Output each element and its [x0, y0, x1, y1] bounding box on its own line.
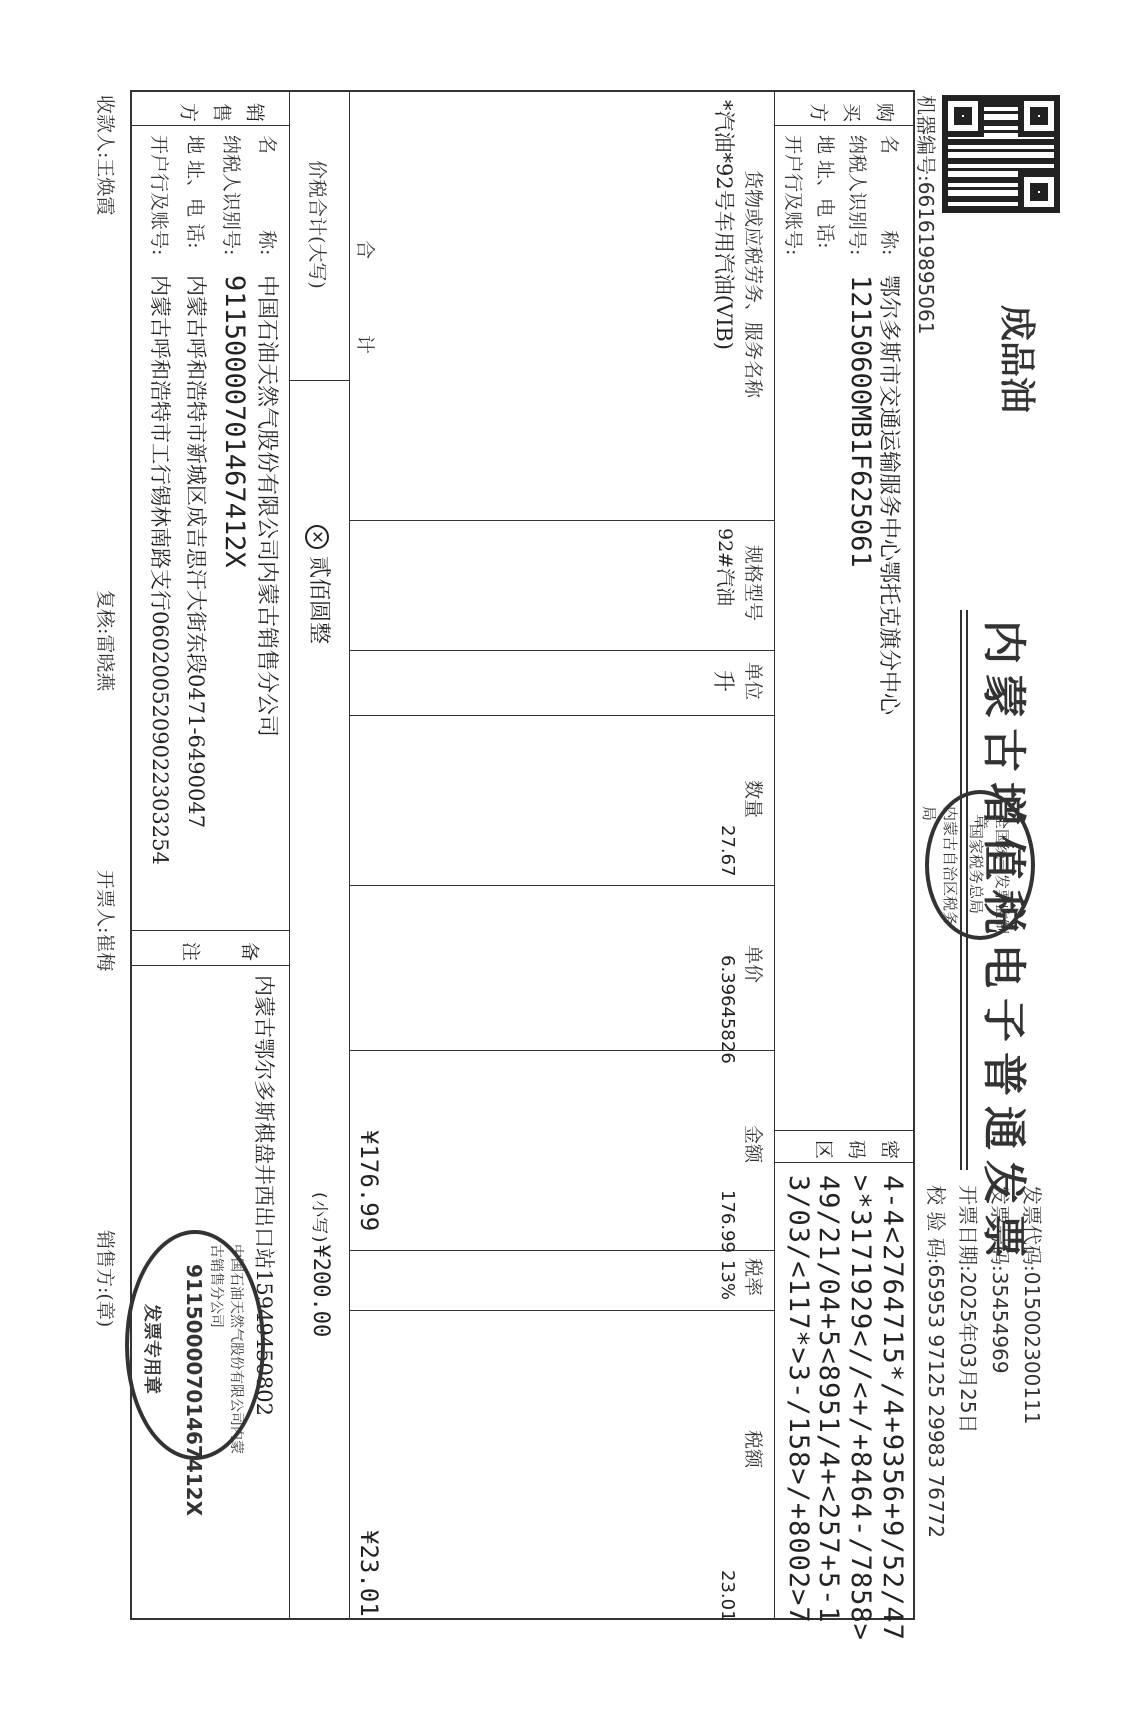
cipher-side-label: 密码区	[801, 1135, 900, 1162]
issue-date: 开票日期:2025年03月25日	[955, 1185, 984, 1434]
seller-bank: 内蒙古呼和浩特市工行锡林南路支行0602005209022303254	[146, 275, 176, 865]
divider	[350, 715, 775, 716]
cipher-line: 4-4<2764715*/4+9356+9/52/47	[877, 1175, 908, 1641]
reviewer: 复核:雷晓燕	[93, 590, 120, 691]
buyer-tax-id-label: 纳税人识别号:	[845, 135, 872, 255]
divider	[775, 125, 915, 126]
divider	[350, 885, 775, 886]
item-tax-rate: 13%	[717, 1260, 738, 1300]
col-header-amount: 金额	[741, 1125, 768, 1163]
buyer-side-label: 购买方	[796, 98, 895, 125]
subtotal-amount: ¥176.99	[355, 1130, 383, 1231]
total-uppercase: ✕ 贰佰圆整	[305, 525, 336, 644]
cipher-line: 49/21/04+5<8951/4+<257+5-1	[813, 1175, 844, 1624]
cipher-line: >*3171929<//<+/+8464-/7858>	[845, 1175, 876, 1641]
divider	[775, 1162, 915, 1163]
seller-tax-id-label: 纳税人识别号:	[219, 135, 246, 255]
buyer-name-label: 名 称:	[877, 135, 904, 255]
col-header-price: 单价	[741, 945, 768, 983]
buyer-bank-label: 开户行及账号:	[781, 135, 808, 255]
col-header-tax-rate: 税率	[741, 1258, 768, 1296]
divider	[350, 1250, 775, 1251]
check-code: 校 验 码:65953 97125 29983 76772	[923, 1185, 952, 1538]
seller-address-label: 地 址、电 话:	[183, 135, 210, 248]
seller-seal: 中国石油天然气股份有限公司内蒙古销售分公司 91150000701467412X…	[125, 1230, 265, 1460]
seller-tax-id: 91150000701467412X	[219, 275, 250, 568]
item-spec: 92#汽油	[713, 528, 740, 606]
issuer: 开票人:崔梅	[93, 870, 120, 971]
total-lowercase: (小写)¥200.00	[308, 1190, 334, 1337]
subtotal-tax: ¥23.01	[355, 1530, 383, 1617]
seller-seal-label: 销售方:(章)	[93, 1230, 120, 1327]
qr-code	[942, 95, 1060, 213]
item-quantity: 27.67	[717, 825, 738, 877]
item-unit-price: 6.39645826	[717, 955, 738, 1064]
invoice-document: 机器编号:661619895061 成品油 内蒙古增值税电子普通发票 全国统一发…	[80, 50, 1120, 1650]
divider	[289, 90, 290, 1620]
divider	[130, 965, 290, 966]
divider	[130, 125, 290, 126]
invoice-title: 内蒙古增值税电子普通发票	[976, 620, 1040, 1268]
divider	[775, 1130, 915, 1131]
invoice-code: 发票代码:015002300111	[1019, 1185, 1048, 1424]
divider	[350, 1050, 775, 1051]
item-amount: 176.99	[717, 1190, 738, 1253]
divider	[349, 90, 350, 1620]
tax-bureau-stamp: 全国统一发票监制章 国家税务总局 内蒙古自治区税务局	[925, 790, 1035, 940]
invoice-number: 发票号码:35454969	[987, 1185, 1016, 1374]
item-name: *汽油*92号车用汽油(VIB)	[710, 100, 740, 350]
buyer-address-label: 地 址、电 话:	[813, 135, 840, 248]
item-tax: 23.01	[717, 1570, 738, 1622]
divider	[130, 930, 290, 931]
cipher-line: 3/03/<117*>3-/158>/+8002>7	[783, 1175, 814, 1624]
remarks-side-label: 备注	[142, 937, 260, 964]
subtotal-label: 合 计	[353, 240, 380, 354]
category-tag: 成品油	[994, 305, 1045, 413]
machine-no: 机器编号:661619895061	[913, 95, 942, 334]
divider	[290, 380, 350, 381]
divider	[350, 650, 775, 651]
divider	[350, 520, 775, 521]
buyer-name: 鄂尔多斯市交通运输服务中心鄂托克旗分中心	[875, 275, 906, 715]
seller-name-label: 名 称:	[255, 135, 282, 255]
seller-side-label: 销售方	[166, 98, 265, 125]
col-header-name: 货物或应税劳务、服务名称	[741, 170, 768, 398]
seller-name: 中国石油天然气股份有限公司内蒙古销售分公司	[253, 275, 284, 737]
seller-bank-label: 开户行及账号:	[147, 135, 174, 255]
payee: 收款人:王焕霞	[93, 95, 120, 215]
total-label: 价税合计(大写)	[305, 160, 332, 289]
circle-x-icon: ✕	[305, 525, 329, 549]
col-header-spec: 规格型号	[741, 545, 768, 621]
col-header-unit: 单位	[741, 662, 768, 700]
col-header-qty: 数量	[741, 780, 768, 818]
item-unit: 升	[709, 670, 740, 692]
divider	[774, 90, 775, 1620]
divider	[350, 1310, 775, 1311]
seller-address: 内蒙古呼和浩特市新城区成吉思汗大街东段0471-6490047	[182, 275, 212, 828]
buyer-tax-id: 12150600MB1F625061	[845, 275, 876, 568]
col-header-tax: 税额	[741, 1430, 768, 1468]
